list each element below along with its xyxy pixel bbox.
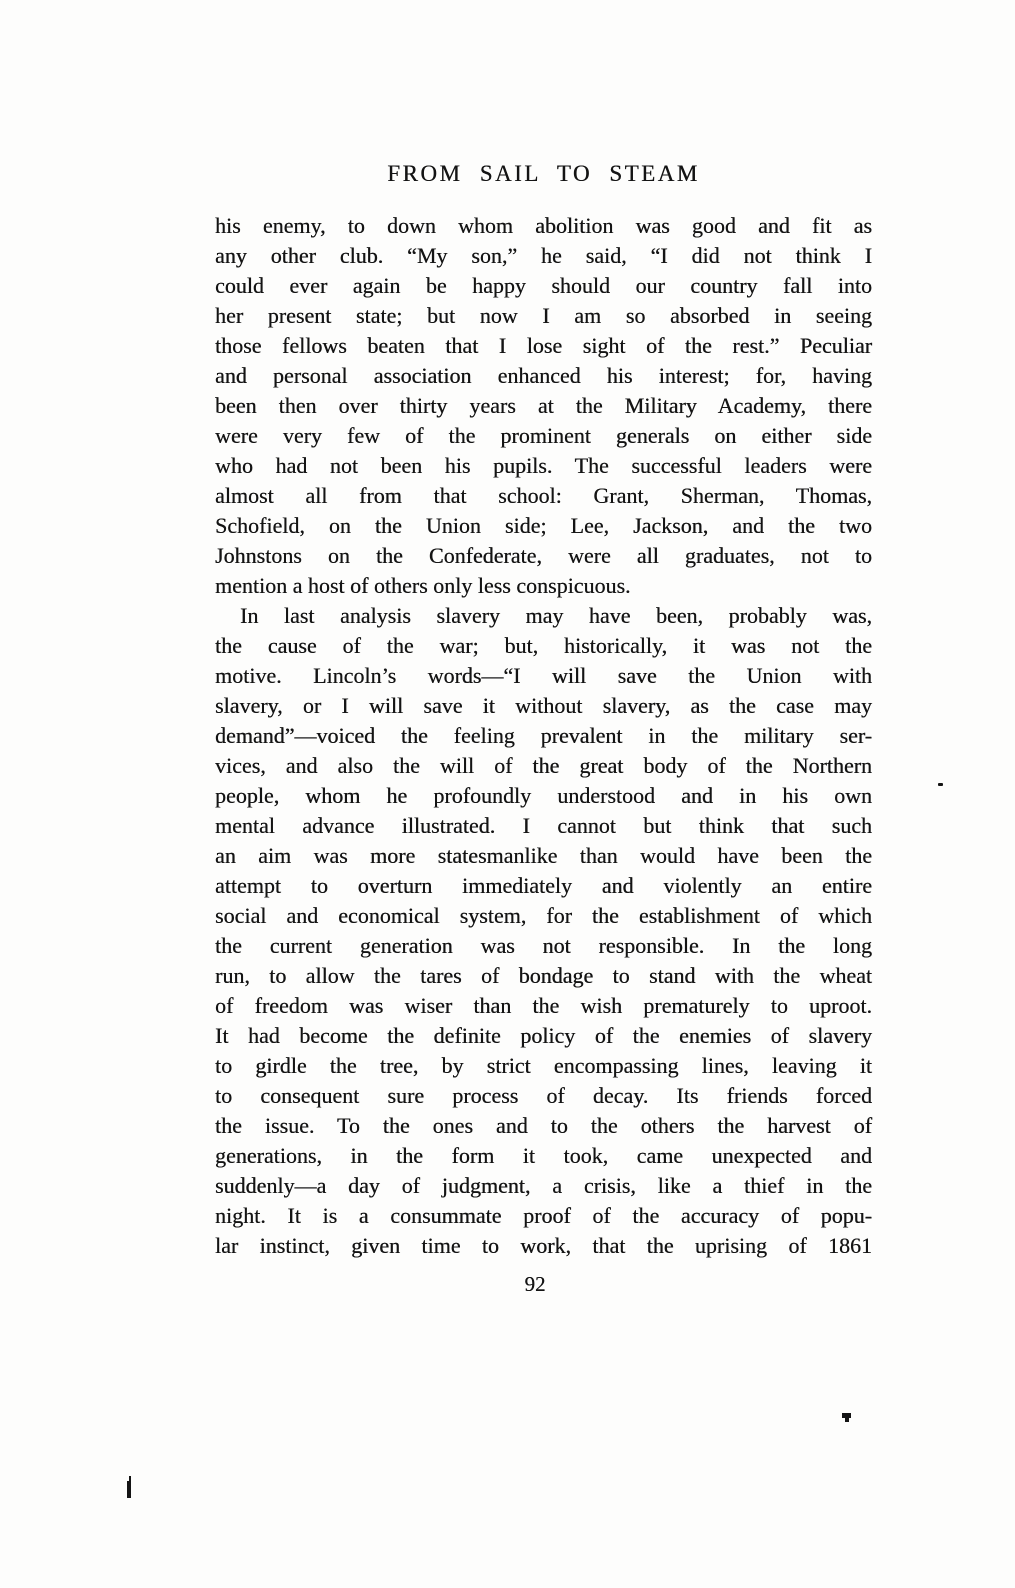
text-line: It had become the definite policy of the… (215, 1021, 872, 1051)
page-number: 92 (215, 1272, 855, 1297)
text-line: Schofield, on the Union side; Lee, Jacks… (215, 511, 872, 541)
text-line: run, to allow the tares of bondage to st… (215, 961, 872, 991)
text-line: In last analysis slavery may have been, … (215, 601, 872, 631)
text-line: vices, and also the will of the great bo… (215, 751, 872, 781)
text-line: could ever again be happy should our cou… (215, 271, 872, 301)
text-line: the current generation was not responsib… (215, 931, 872, 961)
book-page: FROM SAIL TO STEAM his enemy, to down wh… (0, 0, 1015, 1588)
text-line: social and economical system, for the es… (215, 901, 872, 931)
text-line: the cause of the war; but, historically,… (215, 631, 872, 661)
text-line: mention a host of others only less consp… (215, 571, 872, 601)
text-line: been then over thirty years at the Milit… (215, 391, 872, 421)
text-line: were very few of the prominent generals … (215, 421, 872, 451)
text-line: people, whom he profoundly understood an… (215, 781, 872, 811)
text-line: night. It is a consummate proof of the a… (215, 1201, 872, 1231)
ink-speck (842, 1413, 851, 1418)
text-line: to consequent sure process of decay. Its… (215, 1081, 872, 1111)
text-line: suddenly—a day of judgment, a crisis, li… (215, 1171, 872, 1201)
text-line: almost all from that school: Grant, Sher… (215, 481, 872, 511)
text-block: his enemy, to down whom abolition was go… (215, 211, 872, 1261)
text-line: motive. Lincoln’s words—“I will save the… (215, 661, 872, 691)
text-line: who had not been his pupils. The success… (215, 451, 872, 481)
text-line: and personal association enhanced his in… (215, 361, 872, 391)
text-line: attempt to overturn immediately and viol… (215, 871, 872, 901)
text-line: Johnstons on the Confederate, were all g… (215, 541, 872, 571)
text-line: any other club. “My son,” he said, “I di… (215, 241, 872, 271)
running-header: FROM SAIL TO STEAM (215, 161, 872, 187)
text-line: of freedom was wiser than the wish prema… (215, 991, 872, 1021)
text-line: the issue. To the ones and to the others… (215, 1111, 872, 1141)
text-line: mental advance illustrated. I cannot but… (215, 811, 872, 841)
text-line: those fellows beaten that I lose sight o… (215, 331, 872, 361)
text-line: slavery, or I will save it without slave… (215, 691, 872, 721)
text-line: her present state; but now I am so absor… (215, 301, 872, 331)
text-line: lar instinct, given time to work, that t… (215, 1231, 872, 1261)
text-line: to girdle the tree, by strict encompassi… (215, 1051, 872, 1081)
ink-speck (127, 1481, 131, 1498)
text-line: an aim was more statesmanlike than would… (215, 841, 872, 871)
text-line: demand”—voiced the feeling prevalent in … (215, 721, 872, 751)
text-line: generations, in the form it took, came u… (215, 1141, 872, 1171)
ink-speck (938, 783, 943, 786)
text-line: his enemy, to down whom abolition was go… (215, 211, 872, 241)
